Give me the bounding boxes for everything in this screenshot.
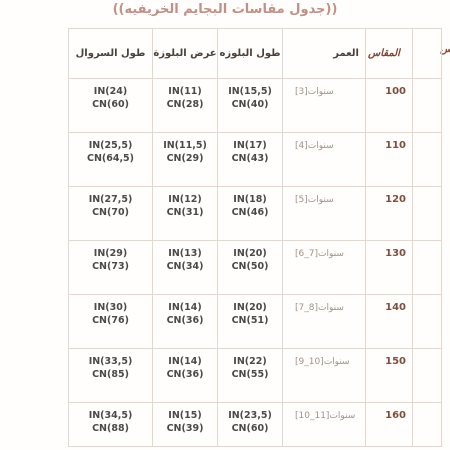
blouse-length-value: IN(15,5) CN(40) <box>218 79 283 133</box>
measure-in: IN(24) <box>69 85 152 98</box>
blouse-width-value: IN(14) CN(36) <box>153 295 218 349</box>
measure-in: IN(11) <box>153 85 217 98</box>
size-value: 100 <box>366 79 413 133</box>
blouse-width-value: IN(13) CN(34) <box>153 241 218 295</box>
measure-in: IN(20) <box>218 301 282 314</box>
header-age: العمر <box>283 29 366 79</box>
measure-cn: CN(85) <box>69 368 152 381</box>
blouse-width-value: IN(14) CN(36) <box>153 349 218 403</box>
pants-length-value: IN(29) CN(73) <box>69 241 153 295</box>
measure-in: IN(11,5) <box>153 139 217 152</box>
measure-cn: CN(70) <box>69 206 152 219</box>
size-value: 130 <box>366 241 413 295</box>
measure-in: IN(12) <box>153 193 217 206</box>
header-pants-length: طول السروال <box>69 29 153 79</box>
measure-in: IN(33,5) <box>69 355 152 368</box>
measure-cn: CN(60) <box>69 98 152 111</box>
pants-length-value: IN(25,5) CN(64,5) <box>69 133 153 187</box>
measure-cn: CN(88) <box>69 422 152 435</box>
table-row: 100 [3]سنوات IN(15,5) CN(40) IN(11) CN(2… <box>69 79 442 133</box>
header-blouse-length: طول البلوزه <box>218 29 283 79</box>
cut-cell <box>413 133 442 187</box>
pants-length-value: IN(24) CN(60) <box>69 79 153 133</box>
pants-length-value: IN(34,5) CN(88) <box>69 403 153 447</box>
measure-cn: CN(28) <box>153 98 217 111</box>
measure-in: IN(23,5) <box>218 409 282 422</box>
measure-cn: CN(29) <box>153 152 217 165</box>
table-row: 110 [4]سنوات IN(17) CN(43) IN(11,5) CN(2… <box>69 133 442 187</box>
measure-in: IN(15,5) <box>218 85 282 98</box>
measure-cn: CN(46) <box>218 206 282 219</box>
measure-cn: CN(40) <box>218 98 282 111</box>
age-value: [7_8]سنوات <box>283 295 366 349</box>
table-row: 120 [5]سنوات IN(18) CN(46) IN(12) CN(31)… <box>69 187 442 241</box>
measure-in: IN(34,5) <box>69 409 152 422</box>
table-row: 140 [7_8]سنوات IN(20) CN(51) IN(14) CN(3… <box>69 295 442 349</box>
pants-length-value: IN(33,5) CN(85) <box>69 349 153 403</box>
header-cut-column <box>413 29 442 79</box>
measure-cn: CN(51) <box>218 314 282 327</box>
measure-cn: CN(36) <box>153 368 217 381</box>
measure-cn: CN(34) <box>153 260 217 273</box>
pants-length-value: IN(27,5) CN(70) <box>69 187 153 241</box>
age-value: [5]سنوات <box>283 187 366 241</box>
age-value: [9_10]سنوات <box>283 349 366 403</box>
measure-in: IN(15) <box>153 409 217 422</box>
measure-cn: CN(73) <box>69 260 152 273</box>
measure-in: IN(17) <box>218 139 282 152</box>
measure-in: IN(14) <box>153 355 217 368</box>
cut-cell <box>413 295 442 349</box>
measure-in: IN(27,5) <box>69 193 152 206</box>
measure-in: IN(13) <box>153 247 217 260</box>
blouse-width-value: IN(15) CN(39) <box>153 403 218 447</box>
table-row: 150 [9_10]سنوات IN(22) CN(55) IN(14) CN(… <box>69 349 442 403</box>
measure-in: IN(20) <box>218 247 282 260</box>
measure-cn: CN(64,5) <box>69 152 152 165</box>
measure-in: IN(30) <box>69 301 152 314</box>
age-value: [6_7]سنوات <box>283 241 366 295</box>
cut-cell <box>413 241 442 295</box>
blouse-width-value: IN(11) CN(28) <box>153 79 218 133</box>
measure-cn: CN(36) <box>153 314 217 327</box>
blouse-width-value: IN(11,5) CN(29) <box>153 133 218 187</box>
cut-cell <box>413 403 442 447</box>
size-value: 140 <box>366 295 413 349</box>
measure-in: IN(14) <box>153 301 217 314</box>
header-size: المقاس <box>366 29 413 79</box>
size-chart-table: المقاس العمر طول البلوزه عرض البلوزة طول… <box>68 28 442 447</box>
size-value: 110 <box>366 133 413 187</box>
blouse-length-value: IN(22) CN(55) <box>218 349 283 403</box>
cut-cell <box>413 349 442 403</box>
measure-cn: CN(43) <box>218 152 282 165</box>
measure-in: IN(29) <box>69 247 152 260</box>
cut-cell <box>413 187 442 241</box>
measure-cn: CN(31) <box>153 206 217 219</box>
blouse-length-value: IN(23,5) CN(60) <box>218 403 283 447</box>
measure-in: IN(18) <box>218 193 282 206</box>
blouse-length-value: IN(17) CN(43) <box>218 133 283 187</box>
blouse-length-value: IN(20) CN(51) <box>218 295 283 349</box>
age-value: [10_11]سنوات <box>283 403 366 447</box>
age-value: [3]سنوات <box>283 79 366 133</box>
blouse-length-value: IN(18) CN(46) <box>218 187 283 241</box>
measure-in: IN(22) <box>218 355 282 368</box>
table-header-row: المقاس العمر طول البلوزه عرض البلوزة طول… <box>69 29 442 79</box>
measure-cn: CN(60) <box>218 422 282 435</box>
measure-cn: CN(55) <box>218 368 282 381</box>
blouse-width-value: IN(12) CN(31) <box>153 187 218 241</box>
blouse-length-value: IN(20) CN(50) <box>218 241 283 295</box>
size-value: 160 <box>366 403 413 447</box>
size-value: 120 <box>366 187 413 241</box>
age-value: [4]سنوات <box>283 133 366 187</box>
page-title: ((جدول مقاسات البجايم الخريفيه)) <box>0 2 450 17</box>
measure-cn: CN(39) <box>153 422 217 435</box>
table-row: 160 [10_11]سنوات IN(23,5) CN(60) IN(15) … <box>69 403 442 447</box>
measure-cn: CN(50) <box>218 260 282 273</box>
cut-cell <box>413 79 442 133</box>
size-value: 150 <box>366 349 413 403</box>
header-blouse-width: عرض البلوزة <box>153 29 218 79</box>
measure-cn: CN(76) <box>69 314 152 327</box>
pants-length-value: IN(30) CN(76) <box>69 295 153 349</box>
table-row: 130 [6_7]سنوات IN(20) CN(50) IN(13) CN(3… <box>69 241 442 295</box>
measure-in: IN(25,5) <box>69 139 152 152</box>
